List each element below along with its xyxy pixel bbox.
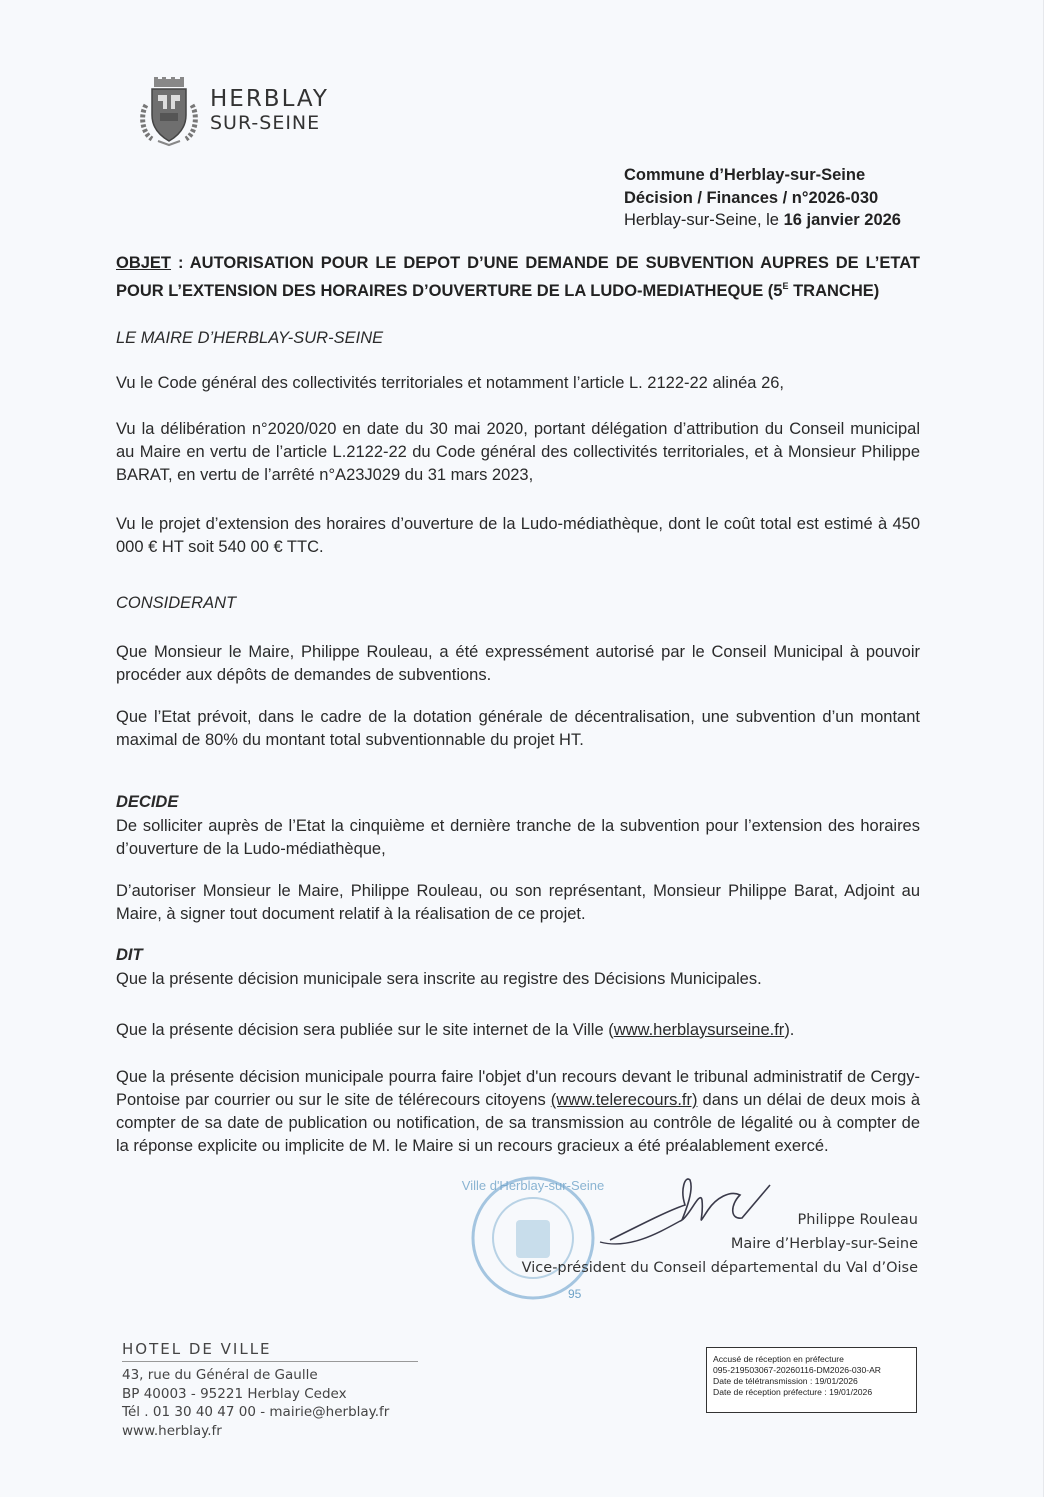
author-heading: LE MAIRE D’HERBLAY-SUR-SEINE — [116, 327, 920, 350]
receipt-line-3: Date de télétransmission : 19/01/2026 — [713, 1376, 910, 1387]
decide-1: De solliciter auprès de l’Etat la cinqui… — [116, 815, 920, 861]
decision-reference: Commune d’Herblay-sur-Seine Décision / F… — [624, 164, 901, 232]
decision-number: Décision / Finances / n°2026-030 — [624, 187, 901, 210]
footer-postal: BP 40003 - 95221 Herblay Cedex — [122, 1385, 418, 1404]
footer-street: 43, rue du Général de Gaulle — [122, 1366, 418, 1385]
decision-date: 16 janvier 2026 — [784, 211, 901, 229]
stamp-dept: 95 — [568, 1287, 582, 1301]
considerant-title: CONSIDERANT — [116, 592, 920, 615]
city-website-link[interactable]: www.herblaysurseine.fr — [614, 1021, 785, 1039]
stamp-text: Ville d'Herblay-sur-Seine — [462, 1178, 604, 1193]
receipt-line-1: Accusé de réception en préfecture — [713, 1354, 910, 1365]
objet-label: OBJET — [116, 254, 171, 272]
commune-name: Commune d’Herblay-sur-Seine — [624, 164, 901, 187]
considerant-2: Que l’Etat prévoit, dans le cadre de la … — [116, 706, 920, 752]
considerant-1: Que Monsieur le Maire, Philippe Rouleau,… — [116, 641, 920, 687]
footer-website: www.herblay.fr — [122, 1422, 418, 1441]
herblay-logo: HERBLAY SUR-SEINE — [138, 75, 329, 147]
place-label: Herblay-sur-Seine, le — [624, 211, 784, 229]
signer-title-2: Vice-président du Conseil départemental … — [522, 1256, 918, 1280]
dit-2: Que la présente décision sera publiée su… — [116, 1019, 920, 1042]
objet-separator: : — [171, 254, 190, 272]
dit-2-text: Que la présente décision sera publiée su… — [116, 1021, 614, 1039]
document-page: HERBLAY SUR-SEINE Commune d’Herblay-sur-… — [0, 0, 1058, 1497]
visa-3: Vu le projet d’extension des horaires d’… — [116, 513, 920, 559]
visa-2: Vu la délibération n°2020/020 en date du… — [116, 418, 920, 487]
footer-contact: Tél . 01 30 40 47 00 - mairie@herblay.fr — [122, 1403, 418, 1422]
signer-title-1: Maire d’Herblay-sur-Seine — [522, 1232, 918, 1256]
dit-1: Que la présente décision municipale sera… — [116, 968, 920, 991]
coat-of-arms-icon — [138, 75, 200, 147]
place-date: Herblay-sur-Seine, le 16 janvier 2026 — [624, 209, 901, 232]
logo-line-1: HERBLAY — [210, 87, 329, 112]
objet-text-2: TRANCHE) — [789, 282, 880, 300]
objet-heading: OBJET : AUTORISATION POUR LE DEPOT D’UNE… — [116, 252, 920, 303]
signer-name: Philippe Rouleau — [522, 1208, 918, 1232]
logo-line-2: SUR-SEINE — [210, 112, 329, 135]
receipt-line-4: Date de réception préfecture : 19/01/202… — [713, 1387, 910, 1398]
visa-1: Vu le Code général des collectivités ter… — [116, 372, 920, 395]
decide-2: D’autoriser Monsieur le Maire, Philippe … — [116, 880, 920, 926]
dit-3: Que la présente décision municipale pour… — [116, 1066, 920, 1158]
footer-title: HOTEL DE VILLE — [122, 1340, 418, 1362]
receipt-line-2: 095-219503067-20260116-DM2026-030-AR — [713, 1365, 910, 1376]
decide-title: DECIDE — [116, 791, 920, 814]
telerecours-link[interactable]: (www.telerecours.fr) — [551, 1091, 698, 1109]
dit-2-suffix: ). — [784, 1021, 794, 1039]
page-edge — [1043, 0, 1058, 1497]
signature-block: Philippe Rouleau Maire d’Herblay-sur-Sei… — [522, 1208, 918, 1280]
footer-address: HOTEL DE VILLE 43, rue du Général de Gau… — [122, 1340, 418, 1440]
prefecture-receipt-box: Accusé de réception en préfecture 095-21… — [706, 1347, 917, 1413]
dit-title: DIT — [116, 944, 920, 967]
